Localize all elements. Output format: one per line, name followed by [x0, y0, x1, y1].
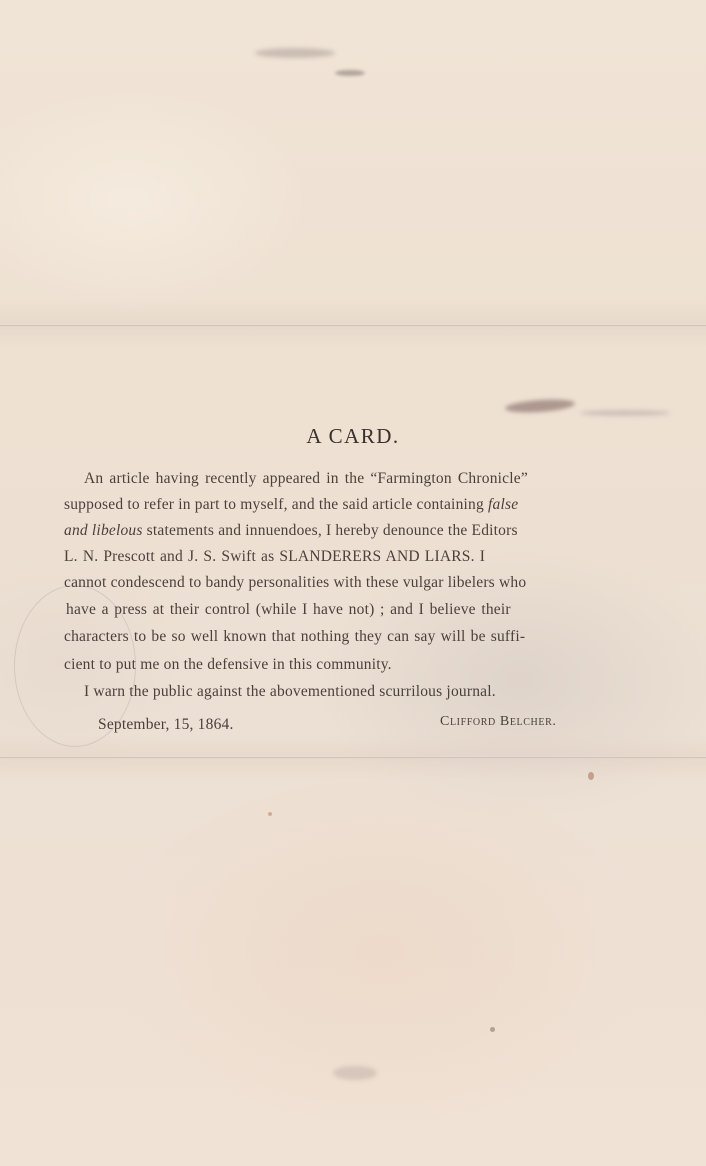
- body-line-9: I warn the public against the abovementi…: [84, 683, 496, 701]
- body-line-1: An article having recently appeared in t…: [84, 470, 528, 488]
- body-line-8: cient to put me on the defensive in this…: [64, 656, 392, 674]
- body-line-5: cannot condescend to bandy personalities…: [64, 574, 526, 592]
- fold-line-bottom: [0, 756, 706, 759]
- italic-word-false: false: [488, 496, 518, 513]
- body-line-3: and libelous statements and innuendoes, …: [64, 522, 518, 540]
- ink-smudge: [255, 48, 335, 58]
- body-line-4: L. N. Prescott and J. S. Swift as SLANDE…: [64, 548, 485, 566]
- card-title: A CARD.: [0, 424, 706, 449]
- foxing-stain: [588, 772, 594, 780]
- foxing-stain: [268, 812, 272, 816]
- body-line-6: have a press at their control (while I h…: [66, 601, 511, 619]
- card-date: September, 15, 1864.: [98, 716, 234, 734]
- body-line-2-text: supposed to refer in part to myself, and…: [64, 496, 488, 513]
- ink-smudge: [333, 1066, 377, 1080]
- body-line-2: supposed to refer in part to myself, and…: [64, 496, 518, 514]
- ink-smudge: [580, 410, 670, 416]
- card-signature: Clifford Belcher.: [440, 714, 556, 730]
- body-line-7: characters to be so well known that noth…: [64, 628, 525, 646]
- body-line-3-text: statements and innuendoes, I hereby deno…: [143, 522, 518, 539]
- foxing-stain: [490, 1027, 495, 1032]
- ink-smudge: [335, 70, 365, 76]
- fold-line-top: [0, 324, 706, 327]
- italic-words-and-libelous: and libelous: [64, 522, 143, 539]
